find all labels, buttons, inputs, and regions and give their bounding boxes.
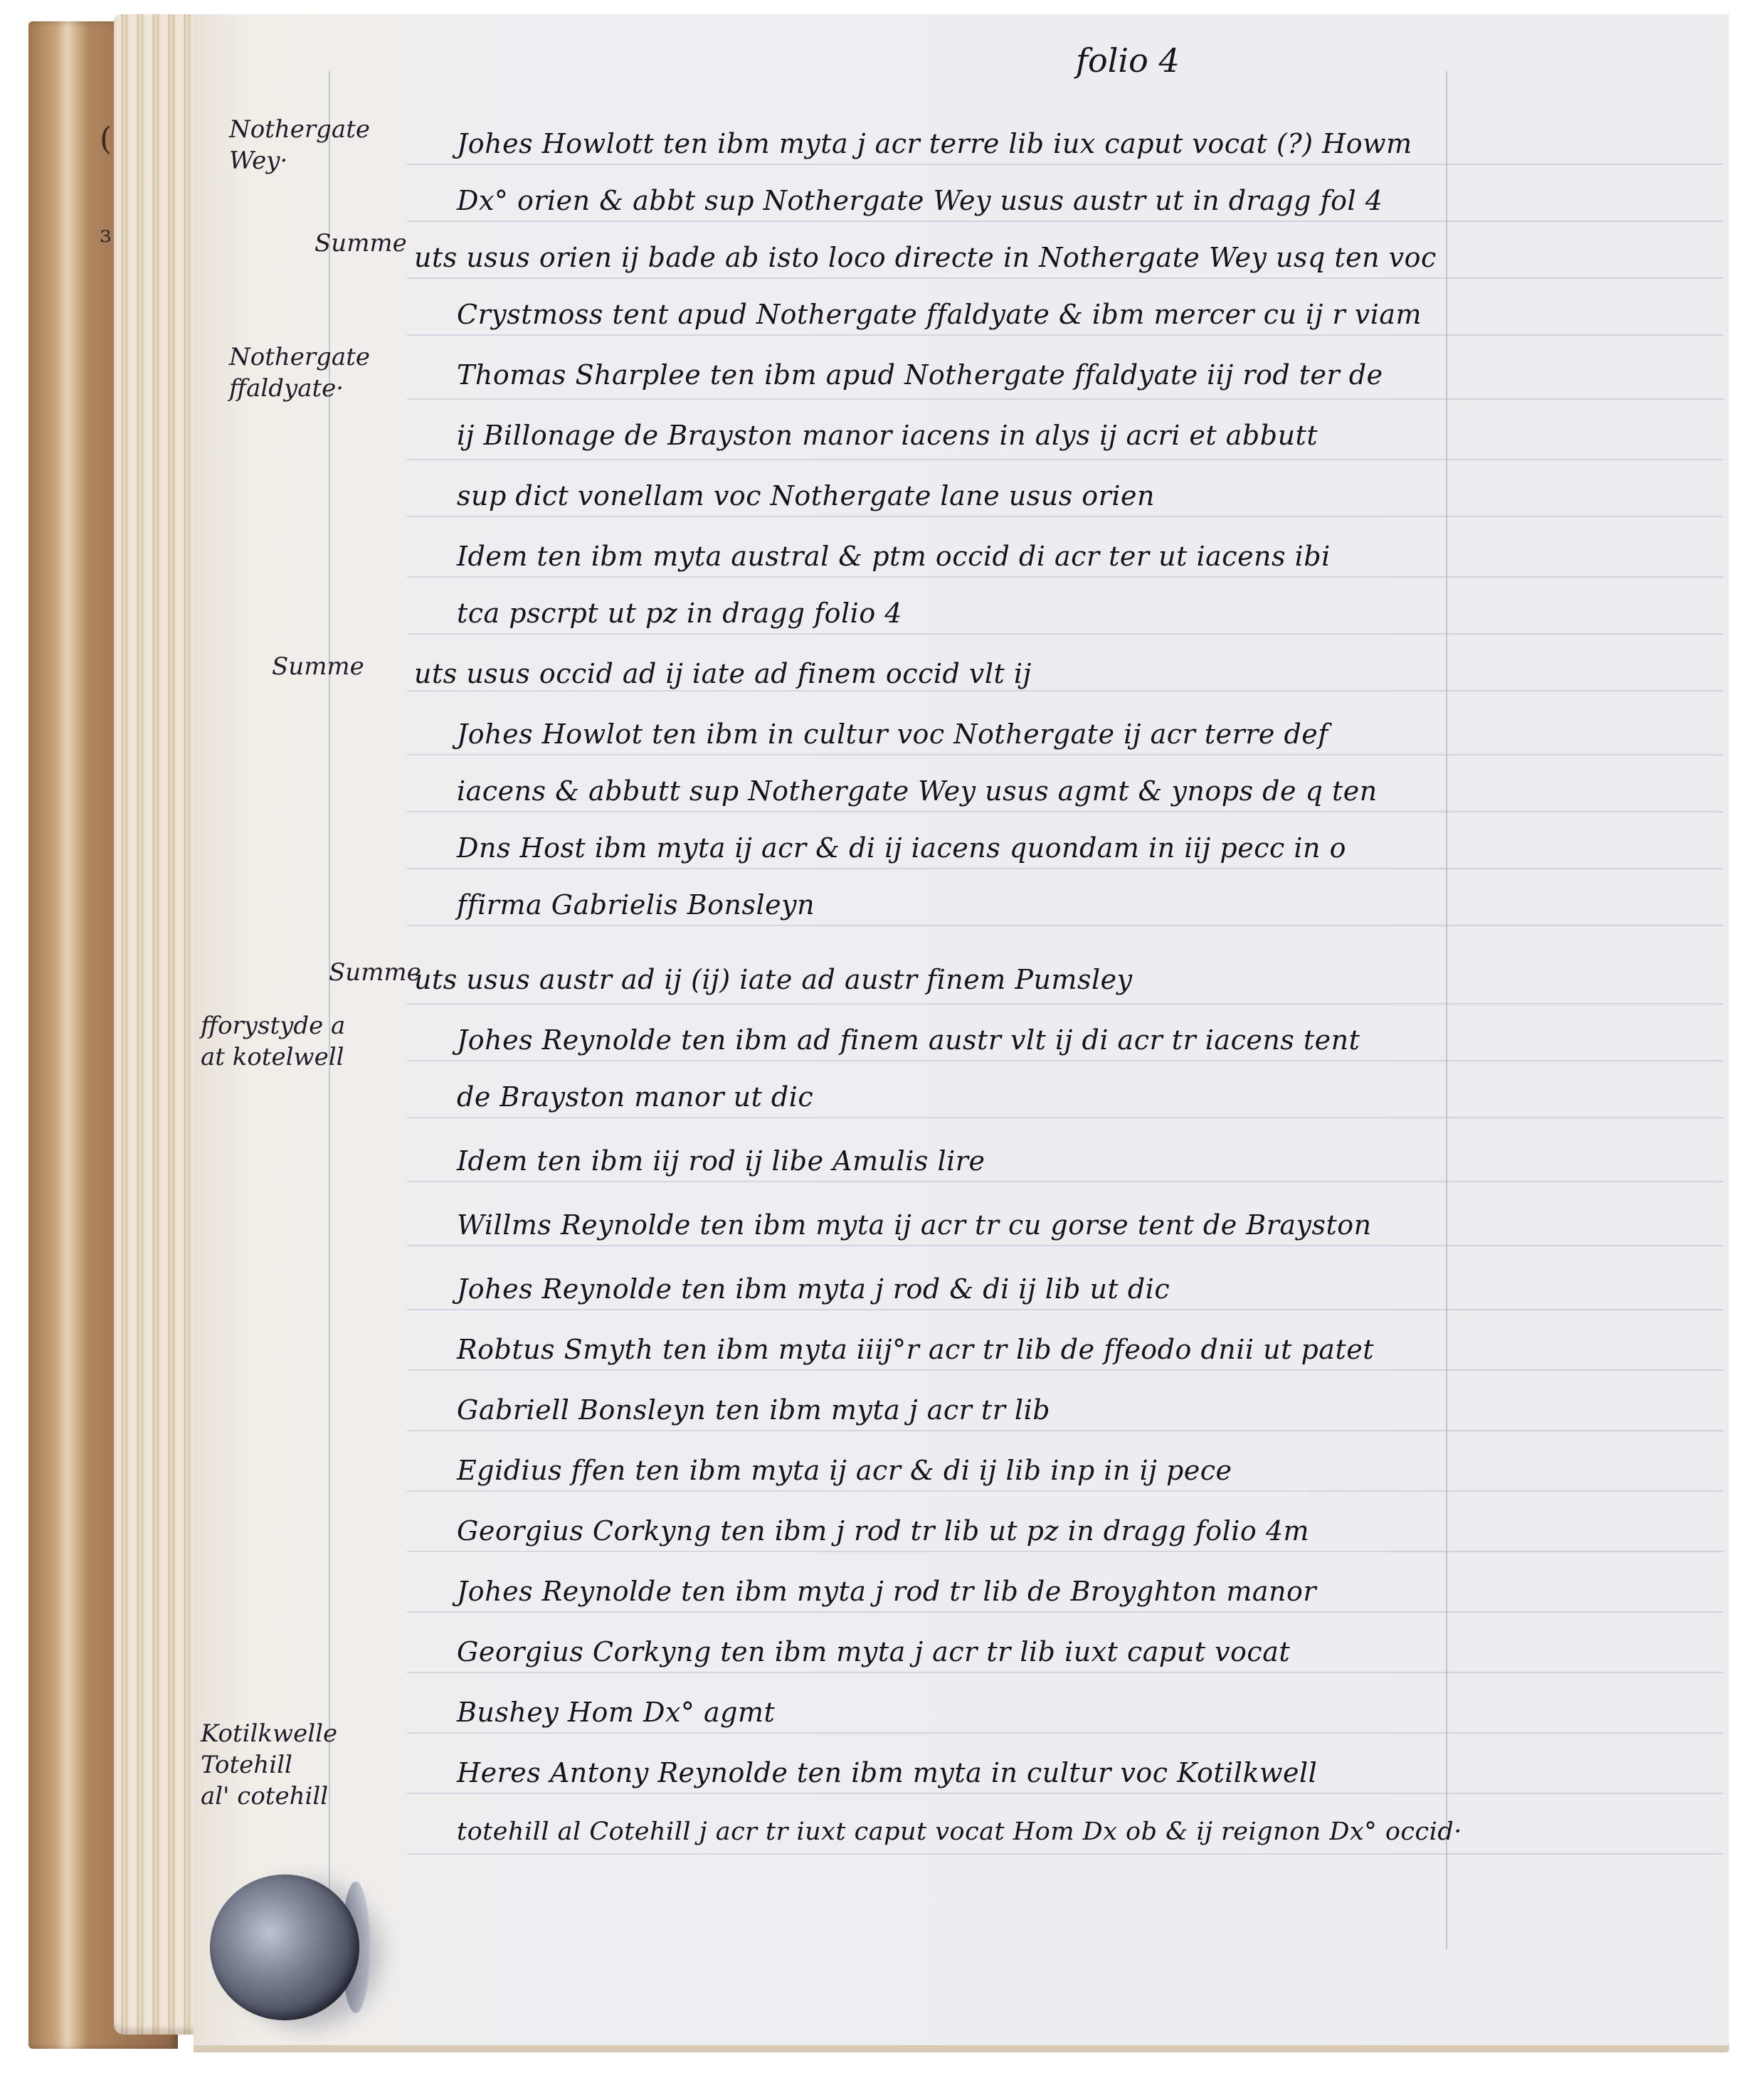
margin-note-nothergate-wey: Nothergate Wey· xyxy=(229,114,370,176)
ruling-line xyxy=(407,690,1723,691)
ruling-line xyxy=(407,398,1723,400)
ruling-line xyxy=(407,1732,1723,1734)
ruling-line xyxy=(407,1430,1723,1431)
ruling-line xyxy=(407,164,1723,165)
ruling-line xyxy=(407,925,1723,926)
folio-heading: folio 4 xyxy=(1076,41,1180,80)
text-line: tca pscrpt ut pz in dragg folio 4 xyxy=(457,598,902,629)
ruling-line xyxy=(407,516,1723,517)
ruling-line xyxy=(407,1853,1723,1855)
ruling-line xyxy=(407,1245,1723,1246)
margin-note-fforystyde: fforystyde a at kotelwell xyxy=(201,1010,345,1073)
margin-note-line: Wey· xyxy=(229,145,370,176)
text-line: Egidius ffen ten ibm myta ij acr & di ij… xyxy=(457,1455,1232,1486)
text-line: de Brayston manor ut dic xyxy=(457,1081,813,1113)
text-line: Idem ten ibm myta austral & ptm occid di… xyxy=(457,541,1331,572)
text-line: Bushey Hom Dx° agmt xyxy=(457,1697,775,1728)
text-line: Idem ten ibm iij rod ij libe Amulis lire xyxy=(457,1145,985,1177)
text-line: Georgius Corkyng ten ibm myta j acr tr l… xyxy=(457,1636,1290,1667)
margin-note-nothergate-ffaldyate: Nothergate ffaldyate· xyxy=(229,341,370,404)
text-line: Johes Reynolde ten ibm myta j rod & di i… xyxy=(457,1273,1170,1305)
text-line: ffirma Gabrielis Bonsleyn xyxy=(457,889,815,921)
margin-note-line: fforystyde a xyxy=(201,1010,345,1041)
book-weight xyxy=(210,1874,359,2020)
text-line: totehill al Cotehill j acr tr iuxt caput… xyxy=(457,1818,1462,1846)
margin-note-line: Nothergate xyxy=(229,341,370,373)
text-line: Willms Reynolde ten ibm myta ij acr tr c… xyxy=(457,1209,1372,1241)
ruling-line xyxy=(407,1117,1723,1118)
ruling-line xyxy=(407,1793,1723,1794)
ruling-line xyxy=(407,1369,1723,1371)
ruling-line xyxy=(407,459,1723,460)
margin-note-line: al' cotehill xyxy=(201,1781,337,1812)
margin-note-line: at kotelwell xyxy=(201,1041,345,1073)
ruling-line xyxy=(407,754,1723,755)
manuscript-book: ( ɜ folio 4 xyxy=(7,14,1729,2063)
margin-note-line: Kotilkwelle xyxy=(201,1718,337,1749)
text-line: Thomas Sharplee ten ibm apud Nothergate … xyxy=(457,359,1383,391)
manuscript-page: folio 4 Nothergate Wey· Summe Nothergate… xyxy=(194,14,1729,2052)
ruling-line xyxy=(407,1551,1723,1552)
ruling-line xyxy=(407,1309,1723,1310)
margin-note-summe: Summe xyxy=(314,228,407,259)
text-line: Johes Reynolde ten ibm myta j rod tr lib… xyxy=(457,1576,1316,1607)
margin-note-summe: Summe xyxy=(329,957,421,988)
margin-note-line: Totehill xyxy=(201,1749,337,1781)
text-line: sup dict vonellam voc Nothergate lane us… xyxy=(457,480,1155,511)
ruling-line xyxy=(407,1181,1723,1182)
margin-note-line: ffaldyate· xyxy=(229,373,370,404)
margin-note-kotilkwelle: Kotilkwelle Totehill al' cotehill xyxy=(201,1718,337,1812)
right-ruling xyxy=(1446,71,1447,1949)
margin-note-summe: Summe xyxy=(272,651,364,682)
text-line: Georgius Corkyng ten ibm j rod tr lib ut… xyxy=(457,1515,1309,1547)
ruling-line xyxy=(407,1672,1723,1673)
ruling-line xyxy=(407,1060,1723,1061)
margin-note-line: Nothergate xyxy=(229,114,370,145)
text-line: Robtus Smyth ten ibm myta iiij°r acr tr … xyxy=(457,1334,1374,1365)
ruling-line xyxy=(407,868,1723,869)
text-line: Johes Reynolde ten ibm ad finem austr vl… xyxy=(457,1024,1360,1056)
text-line: ij Billonage de Brayston manor iacens in… xyxy=(457,420,1318,451)
spine-mark: ( xyxy=(100,121,112,157)
text-line: Dx° orien & abbt sup Nothergate Wey usus… xyxy=(457,185,1383,216)
ruling-line xyxy=(407,811,1723,812)
ruling-line xyxy=(407,1003,1723,1004)
text-line: Dns Host ibm myta ij acr & di ij iacens … xyxy=(457,832,1346,864)
spine-mark-2: ɜ xyxy=(100,221,111,248)
text-line: uts usus orien ij bade ab isto loco dire… xyxy=(414,242,1437,273)
text-line: Johes Howlott ten ibm myta j acr terre l… xyxy=(457,128,1412,159)
text-line: Johes Howlot ten ibm in cultur voc Nothe… xyxy=(457,718,1328,750)
ruling-line xyxy=(407,633,1723,635)
text-line: Heres Antony Reynolde ten ibm myta in cu… xyxy=(457,1757,1317,1788)
ruling-line xyxy=(407,1611,1723,1613)
ruling-line xyxy=(407,1490,1723,1492)
text-line: uts usus austr ad ij (ij) iate ad austr … xyxy=(414,964,1133,995)
ruling-line xyxy=(407,576,1723,578)
text-line: uts usus occid ad ij iate ad finem occid… xyxy=(414,658,1032,689)
text-line: Crystmoss tent apud Nothergate ffaldyate… xyxy=(457,299,1422,330)
ruling-line xyxy=(407,334,1723,336)
text-line: iacens & abbutt sup Nothergate Wey usus … xyxy=(457,775,1378,807)
ruling-line xyxy=(407,277,1723,279)
text-line: Gabriell Bonsleyn ten ibm myta j acr tr … xyxy=(457,1394,1050,1426)
ruling-line xyxy=(407,221,1723,222)
